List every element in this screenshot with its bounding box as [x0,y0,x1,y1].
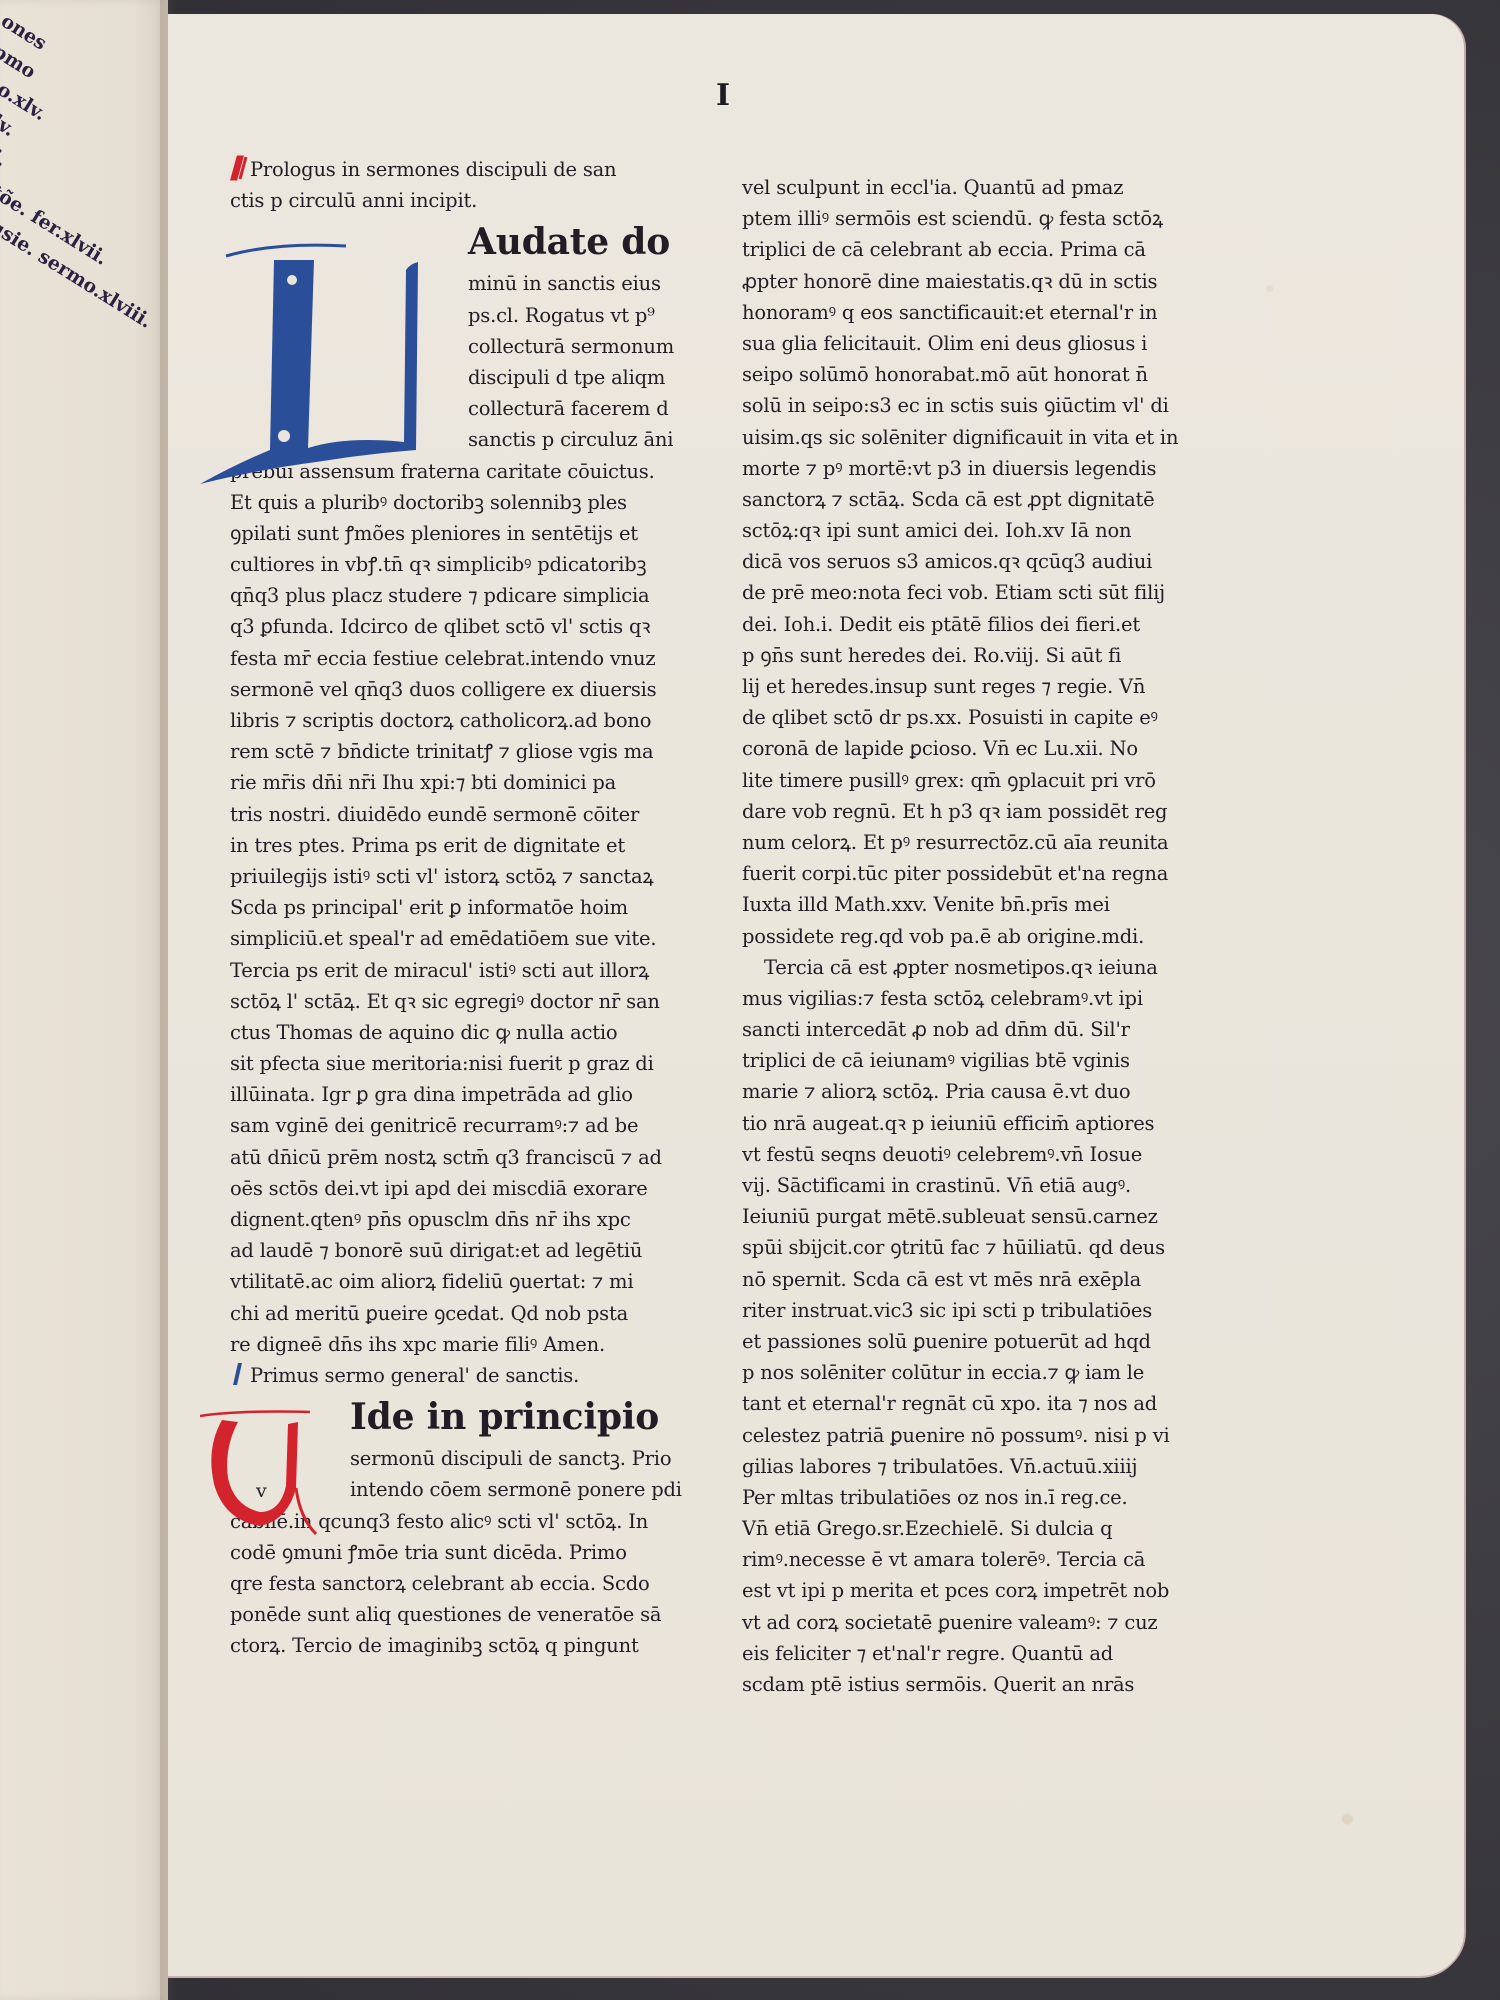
text-line: dare vob regnū. Et h p3 qꝛ iam possidēt … [742,796,1222,827]
text-line: ponēde sunt aliq questiones de veneratōe… [230,1599,730,1630]
text-line: simpliciū.et speal'r ad emēdatiōem sue v… [230,923,730,954]
text-line: libris ⁊ scriptis doctorꝝ catholicorꝝ.ad… [230,705,730,736]
text-line: solū in seipo:s3 ec in sctis suis ꝯiūcti… [742,390,1222,421]
facing-page-text: ...ones ...(pmo sermo.xlv. .fmo.xlv. .fm… [0,0,164,280]
text-line: et passiones solū ꝑuenire potuerūt ad hq… [742,1326,1222,1357]
text-line: ad laudē ⁊ bonorē suū dirigat:et ad legē… [230,1235,730,1266]
text-line: re digneē dn̄s ihs xpc marie filiꝰ Amen. [230,1329,730,1360]
text-line: Tercia cā est ꝓpter nosmetipos.qꝛ ieiuna [742,952,1222,983]
text-line: scdam ptē istius sermōis. Querit an nrās [742,1669,1222,1700]
text-line: mus vigilias:⁊ festa sctōꝝ celebramꝰ.vt … [742,983,1222,1014]
text-line: cultiores in vbꝭ.tn̄ qꝛ simplicibꝰ pdica… [230,549,730,580]
text-line: marie ⁊ aliorꝝ sctōꝝ. Pria causa ē.vt du… [742,1076,1222,1107]
left-column: Prologus in sermones discipuli de san ct… [230,154,730,1661]
text-line: dignent.qtenꝰ pn̄s opusclm dn̄s nr̄ ihs … [230,1204,730,1235]
text-line: in tres ptes. Prima ps erit de dignitate… [230,830,730,861]
text-line: celestez patriā ꝑuenire nō possumꝰ. nisi… [742,1420,1222,1451]
text-line: tio nrā augeat.qꝛ p ieiuniū efficim̄ apt… [742,1108,1222,1139]
text-line: lij et heredes.insup sunt reges ⁊ regie.… [742,671,1222,702]
text-line: qn̄q3 plus placz studere ⁊ pdicare simpl… [230,580,730,611]
text-line: vt festū seqns deuotiꝰ celebremꝰ.vn̄ Ios… [742,1139,1222,1170]
decorated-initial-V-icon [200,1408,320,1536]
text-line: morte ⁊ pꝰ mortē:vt p3 in diuersis legen… [742,453,1222,484]
text-line: chi ad meritū ꝑueire ꝯcedat. Qd nob psta [230,1298,730,1329]
text-line: ctus Thomas de aquino dic ꝙ nulla actio [230,1017,730,1048]
text-line: ꝓpter honorē dine maiestatis.qꝛ dū in sc… [742,266,1222,297]
text-line: q3 ꝑfunda. Idcirco de qlibet sctō vl' sc… [230,611,730,642]
text-line: qre festa sanctorꝝ celebrant ab eccia. S… [230,1568,730,1599]
text-line: sctōꝝ:qꝛ ipi sunt amici dei. Ioh.xv Iā n… [742,515,1222,546]
recto-page: I Prologus in sermones discipuli de san … [168,14,1464,1976]
text-line: eis feliciter ⁊ et'nal'r regre. Quantū a… [742,1638,1222,1669]
text-line: de prē meo:nota feci vob. Etiam scti sūt… [742,577,1222,608]
blue-paragraph-mark-icon [230,1361,248,1387]
text-line: triplici de cā celebrant ab eccia. Prima… [742,234,1222,265]
text-line: rimꝰ.necesse ē vt amara tolerēꝰ. Tercia … [742,1544,1222,1575]
right-column: vel sculpunt in eccl'ia. Quantū ad pmaz … [742,172,1222,1700]
text-line: seipo solūmō honorabat.mō aūt honorat n̄ [742,359,1222,390]
text-line: tris nostri. diuidēdo eundē sermonē cōit… [230,799,730,830]
text-line: vel sculpunt in eccl'ia. Quantū ad pmaz [742,172,1222,203]
text-line: spūi sbijcit.cor ꝯtritū fac ⁊ hūiliatū. … [742,1232,1222,1263]
text-line: Iuxta illd Math.xxv. Venite bn̄.prīs mei [742,889,1222,920]
text-line: rie mr̄is dn̄i nr̄i Ihu xpi:⁊ bti domini… [230,767,730,798]
text-line: Scda ps principal' erit ꝑ informatōe hoi… [230,892,730,923]
red-paragraph-mark-icon [230,155,248,181]
text-line: tant et eternal'r regnāt cū xpo. ita ⁊ n… [742,1388,1222,1419]
text-line: num celorꝝ. Et pꝰ resurrectōz.cū aīa reu… [742,827,1222,858]
text-line: p nos solēniter colūtur in eccia.⁊ ꝙ iam… [742,1357,1222,1388]
text-line: lite timere pusillꝰ grex: qm̄ ꝯplacuit p… [742,765,1222,796]
text-line: triplici de cā ieiunamꝰ vigilias btē vgi… [742,1045,1222,1076]
text-line: sua glia felicitauit. Olim eni deus glio… [742,328,1222,359]
text-line: festa mr̄ eccia festiue celebrat.intendo… [230,643,730,674]
text-line: oēs sctōs dei.vt ipi apd dei miscdiā exo… [230,1173,730,1204]
text-line: ptem illiꝰ sermōis est sciendū. ꝙ festa … [742,203,1222,234]
text-line: est vt ipi p merita et pces corꝝ impetrē… [742,1575,1222,1606]
folio-number: I [716,78,730,113]
text-line: rem sctē ⁊ bn̄dicte trinitatꝭ ⁊ gliose v… [230,736,730,767]
text-line: riter instruat.vic3 sic ipi scti p tribu… [742,1295,1222,1326]
text-line: atū dn̄icū prēm nostꝝ sctm̄ q3 franciscū… [230,1142,730,1173]
text-line: illūinata. Igr ꝑ gra dina impetrāda ad g… [230,1079,730,1110]
text-line: priuilegijs istiꝰ scti vl' istorꝝ sctōꝝ … [230,861,730,892]
text-line: Et quis a pluribꝰ doctoribꝫ solennibꝫ pl… [230,487,730,518]
text-line: sancti intercedāt ꝓ nob ad dn̄m dū. Sil'… [742,1014,1222,1045]
text-line: sctōꝝ l' sctāꝝ. Et qꝛ sic egregiꝰ doctor… [230,986,730,1017]
text-line: possidete reg.qd vob pa.ē ab origine.mdi… [742,921,1222,952]
text-line: sit pfecta siue meritoria:nisi fuerit p … [230,1048,730,1079]
text-line: fuerit corpi.tūc piter possidebūt et'na … [742,858,1222,889]
text-line: nō spernit. Scda cā est vt mēs nrā exēpl… [742,1264,1222,1295]
text-line: vij. Sāctificami in crastinū. Vn̄ etiā a… [742,1170,1222,1201]
text-line: dei. Ioh.i. Dedit eis ptātē filios dei f… [742,609,1222,640]
prologue-heading-line-1: Prologus in sermones discipuli de san [230,154,730,185]
text-line: Per mltas tribulatiōes oz nos in.ī reg.c… [742,1482,1222,1513]
text-line: de qlibet sctō dr ps.xx. Posuisti in cap… [742,702,1222,733]
text-line: sam vginē dei genitricē recurramꝰ:⁊ ad b… [230,1110,730,1141]
decorated-initial-L-icon [196,238,436,488]
text-line: vt ad corꝝ societatē ꝑuenire valeamꝰ: ⁊ … [742,1607,1222,1638]
text-line: Ieiuniū purgat mētē.subleuat sensū.carne… [742,1201,1222,1232]
text-line: dicā vos seruos s3 amicos.qꝛ qcūq3 audiu… [742,546,1222,577]
text-line: gilias labores ⁊ tribulatōes. Vn̄.actuū.… [742,1451,1222,1482]
text-line: uisim.qs sic solēniter dignificauit in v… [742,422,1222,453]
facing-page: ...ones ...(pmo sermo.xlv. .fmo.xlv. .fm… [0,0,168,2000]
text-line: p ꝯn̄s sunt heredes dei. Ro.viij. Si aūt… [742,640,1222,671]
text-line: Vn̄ etiā Grego.sr.Ezechielē. Si dulcia q [742,1513,1222,1544]
sermon-heading: Primus sermo general' de sanctis. [230,1360,730,1391]
text-line: codē ꝯmuni ꝭmōe tria sunt dicēda. Primo [230,1537,730,1568]
guide-letter: v [256,1476,267,1507]
text-line: coronā de lapide ꝑcioso. Vn̄ ec Lu.xii. … [742,733,1222,764]
text-line: sermonē vel qn̄q3 duos colligere ex diue… [230,674,730,705]
text-line: vtilitatē.ac oim aliorꝝ fideliū ꝯuertat:… [230,1266,730,1297]
text-line: ctorꝝ. Tercio de imaginibꝫ sctōꝝ q pingu… [230,1630,730,1661]
text-line: ꝯpilati sunt ꝭmões pleniores in sentētij… [230,518,730,549]
text-line: sanctorꝝ ⁊ sctāꝝ. Scda cā est ꝓpt dignit… [742,484,1222,515]
prologue-heading-line-2: ctis p circulū anni incipit. [230,185,730,216]
text-line: Tercia ps erit de miracul' istiꝰ scti au… [230,955,730,986]
text-line: honoramꝰ q eos sanctificauit:et eternal'… [742,297,1222,328]
